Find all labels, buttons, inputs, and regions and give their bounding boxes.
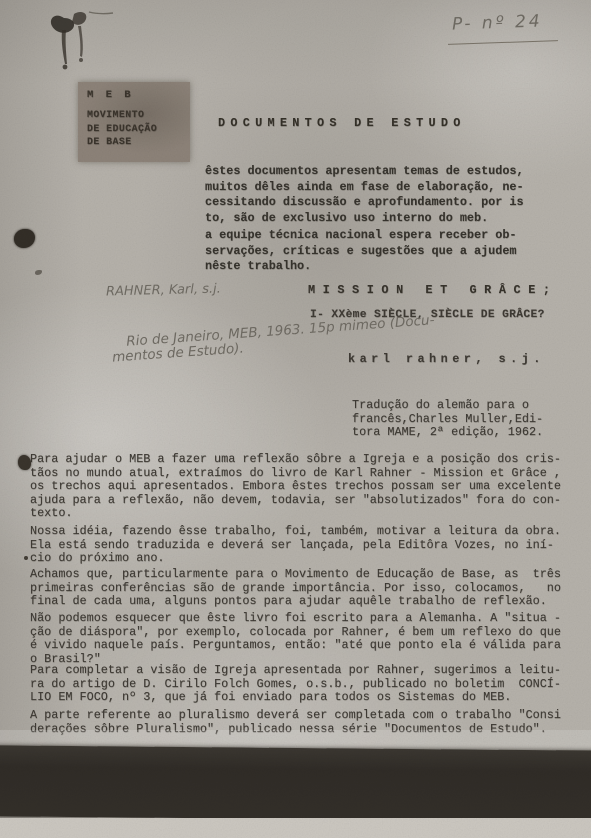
stamp-abbreviation: M E B xyxy=(87,89,190,101)
stray-ink-dot xyxy=(24,556,28,560)
ink-fleck xyxy=(18,455,31,470)
body-paragraph-3: Achamos que, particularmente para o Movi… xyxy=(30,568,561,609)
handwritten-author-annotation: RAHNER, Karl, s.j. xyxy=(106,281,221,299)
handwritten-page-number: P- nº 24 xyxy=(452,11,543,34)
intro-paragraph-1: êstes documentos apresentam temas de est… xyxy=(205,164,524,226)
translation-note: Tradução do alemão para o francês,Charle… xyxy=(352,399,543,440)
body-paragraph-1: Para ajudar o MEB a fazer uma reflexão s… xyxy=(30,453,561,521)
body-paragraph-5: Para completar a visão de Igreja apresen… xyxy=(30,664,561,705)
ink-scribble xyxy=(34,4,124,84)
handwritten-reference-line-1: Rio de Janeiro, MEB, 1963. 15p mimeo (Do… xyxy=(126,312,435,350)
meb-stamp: M E B MOVIMENTO DE EDUCAÇÃO DE BASE xyxy=(78,82,190,162)
body-paragraph-2: Nossa idéia, fazendo êsse trabalho, foi,… xyxy=(30,525,561,566)
body-paragraph-4: Não podemos esquecer que êste livro foi … xyxy=(30,612,561,666)
scanner-shadow-band xyxy=(0,745,591,821)
book-title: MISSION ET GRÂCE; xyxy=(308,284,558,298)
stamp-name-line-1: MOVIMENTO xyxy=(87,108,190,122)
scanned-document-page: P- nº 24 M E B MOVIMENTO DE EDUCAÇÃO DE … xyxy=(0,0,591,838)
intro-paragraph-2: a equipe técnica nacional espera receber… xyxy=(205,228,517,275)
stamp-name-line-3: DE BASE xyxy=(87,135,190,149)
stamp-name-line-2: DE EDUCAÇÃO xyxy=(87,122,190,136)
page-number-underline xyxy=(448,40,558,45)
bottom-paper-strip xyxy=(0,818,591,838)
ink-blob xyxy=(14,229,35,248)
series-title: DOCUMENTOS DE ESTUDO xyxy=(218,117,466,131)
typed-author: karl rahner, s.j. xyxy=(348,353,545,367)
